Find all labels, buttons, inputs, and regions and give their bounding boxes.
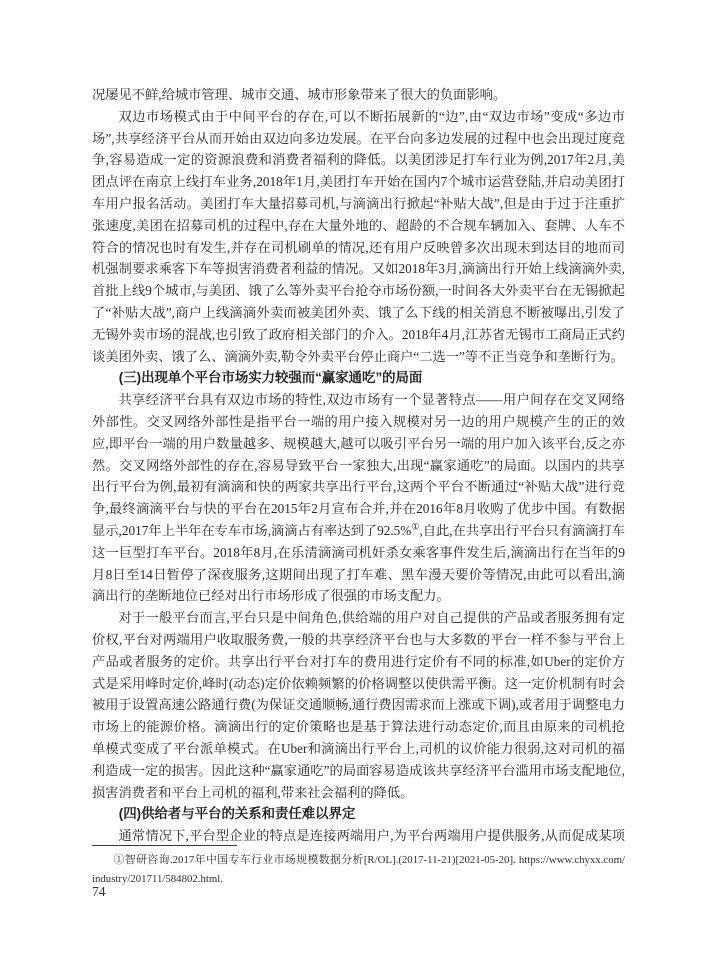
section-heading-four: (四)供给者与平台的关系和责任难以界定 (92, 803, 625, 825)
paragraph-platform-pricing: 对于一般平台而言,平台只是中间角色,供给端的用户对自己提供的产品或者服务拥有定价… (92, 607, 625, 803)
paragraph-winner-takes-all: 共享经济平台具有双边市场的特性,双边市场有一个显著特点——用户间存在交叉网络外部… (92, 389, 625, 607)
paragraph-text-before-ref: 共享经济平台具有双边市场的特性,双边市场有一个显著特点——用户间存在交叉网络外部… (92, 392, 625, 538)
footnote-area: ①智研咨询.2017年中国专车行业市场规模数据分析[R/OL].(2017-11… (92, 845, 625, 889)
paragraph-continuation: 况屡见不鲜,给城市管理、城市交通、城市形象带来了很大的负面影响。 (92, 84, 625, 106)
body-text: 况屡见不鲜,给城市管理、城市交通、城市形象带来了很大的负面影响。 双边市场模式由… (92, 84, 625, 848)
document-page: 况屡见不鲜,给城市管理、城市交通、城市形象带来了很大的负面影响。 双边市场模式由… (0, 0, 720, 970)
footnote-separator-rule (92, 845, 237, 846)
paragraph-multisided-market: 双边市场模式由于中间平台的存在,可以不断拓展新的“边”,由“双边市场”变成“多边… (92, 106, 625, 368)
page-number: 74 (92, 884, 106, 900)
footnote-text: ①智研咨询.2017年中国专车行业市场规模数据分析[R/OL].(2017-11… (92, 851, 625, 889)
section-heading-three: (三)出现单个平台市场实力较强而“赢家通吃”的局面 (92, 367, 625, 389)
